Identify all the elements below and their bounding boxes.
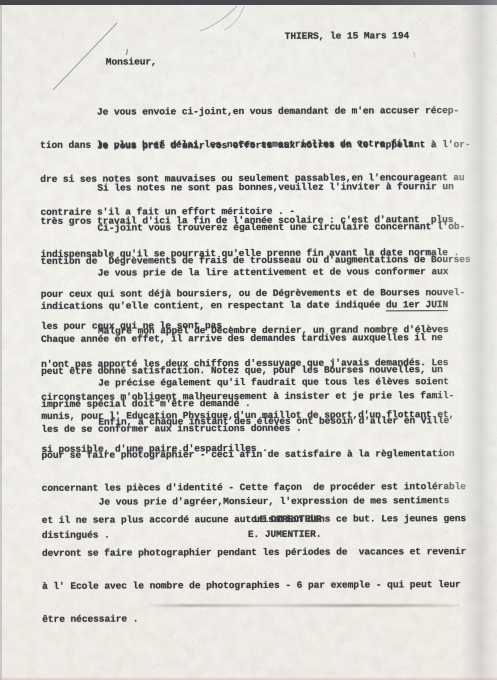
closing-title: LE DIRECTEUR	[254, 514, 322, 525]
letter-line: Je précise également qu'il faudrait que …	[41, 377, 491, 390]
letter-line: à l' Ecole avec le nombre de photographi…	[42, 580, 492, 593]
letter-line: Je vous prie d'unir vos efforts aux nôtr…	[40, 140, 490, 153]
scanned-letter-page: THIERS, le 15 Mars 194 Monsieur, Je vous…	[0, 0, 497, 680]
closing-signature-name: E. JUMENTIER.	[248, 529, 322, 540]
letter-line: Ci-joint vous trouverez également une ci…	[40, 222, 490, 235]
salutation: Monsieur,	[106, 56, 157, 67]
scan-edge-left	[0, 5, 2, 680]
letter-body: THIERS, le 15 Mars 194 Monsieur, Je vous…	[0, 0, 497, 680]
letter-line: Je vous envoie ci-joint,en vous demandan…	[40, 106, 490, 119]
letter-line: pour se faire photographier - ceci afin …	[41, 449, 491, 462]
letter-line: Je vous prie de la lire attentivement et…	[41, 267, 491, 280]
letter-line: être nécessaire .	[42, 613, 492, 626]
letter-line: Je vous prie d'agréer,Monsieur, l'expres…	[42, 496, 492, 509]
scan-edge-top	[0, 0, 497, 5]
letter-line: Malgré mon appel de Décembre dernier, un…	[41, 325, 491, 338]
dateline: THIERS, le 15 Mars 194	[285, 30, 410, 42]
letter-line: Enfin, à chaque instant des élèves ont b…	[41, 416, 491, 429]
letter-line: Si les notes ne sont pas bonnes,veuillez…	[40, 182, 490, 195]
toner-smudge-line	[145, 604, 460, 607]
